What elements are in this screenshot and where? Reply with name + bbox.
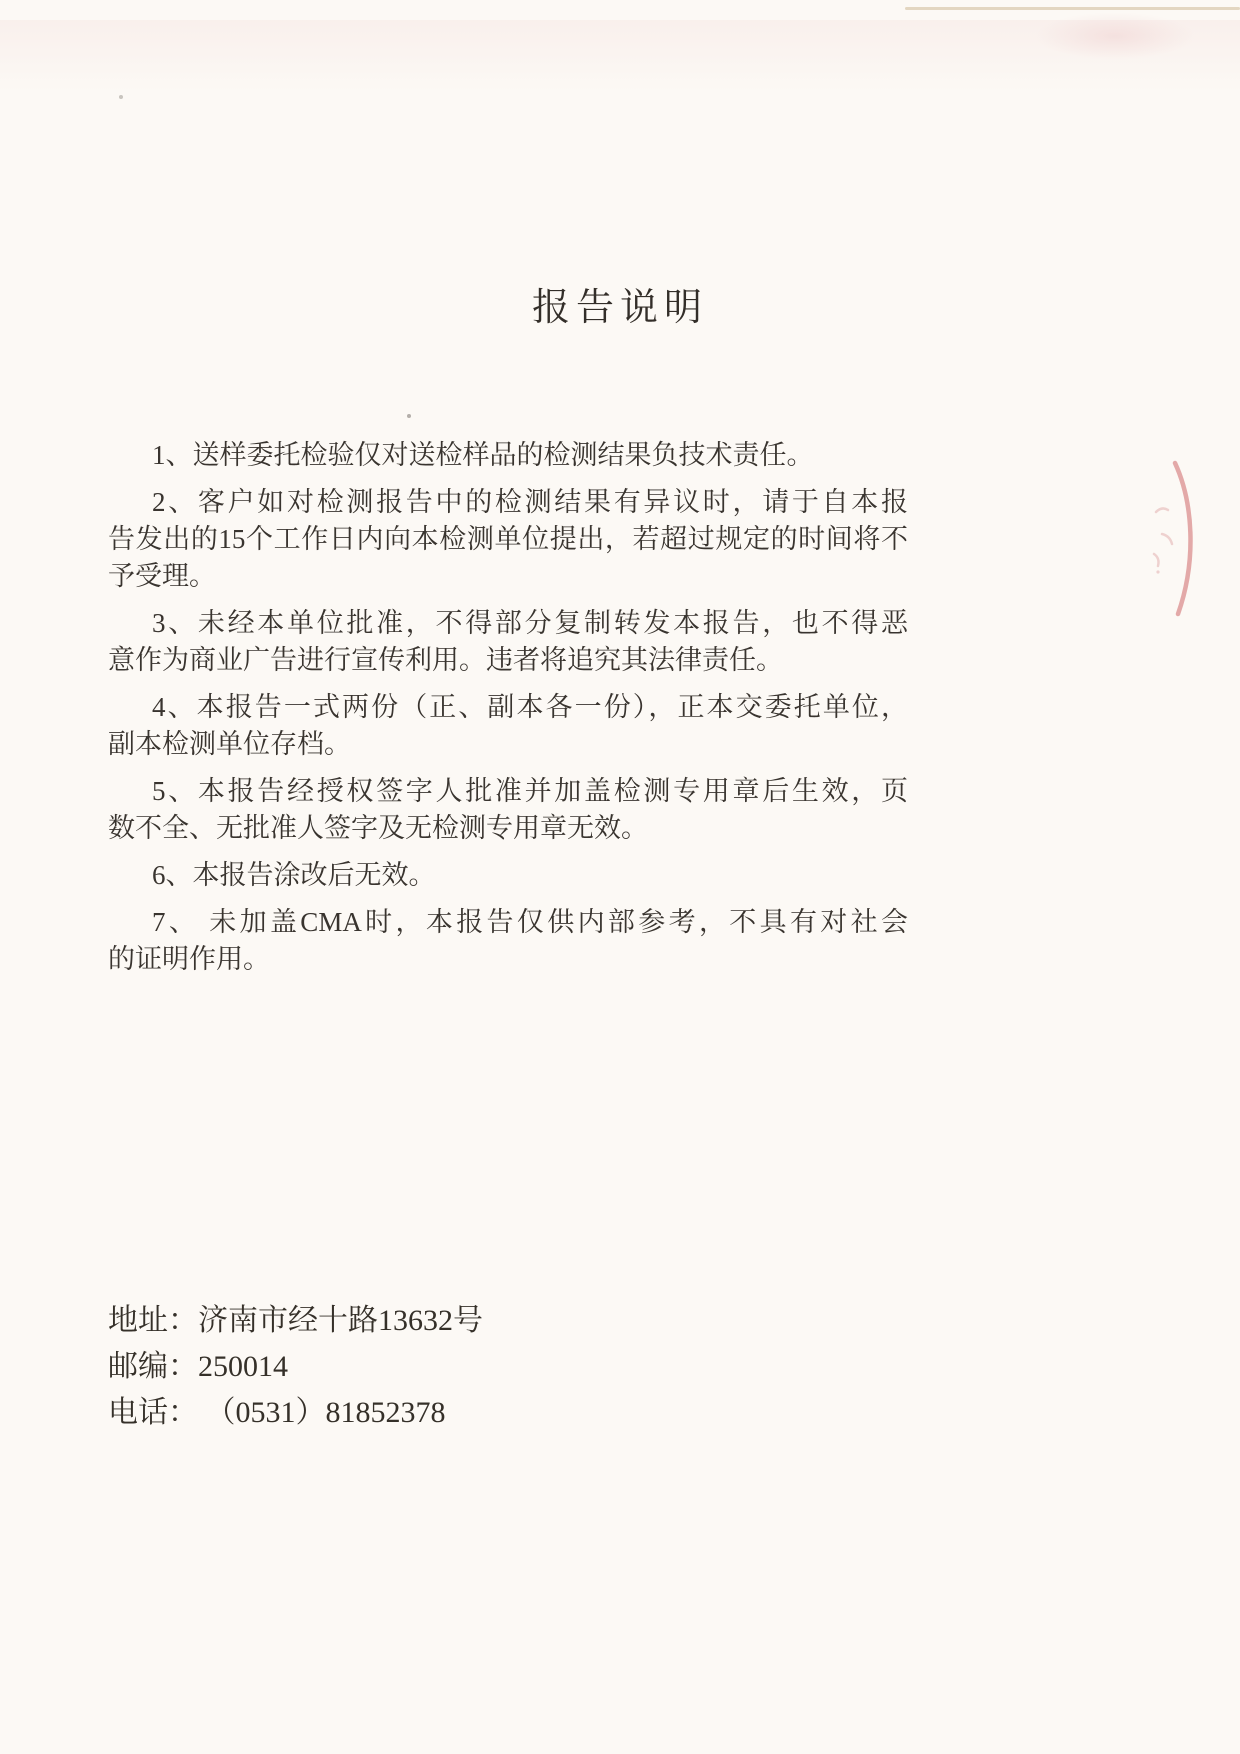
text-line: 4、本报告一式两份（正、副本各一份），正本交委托单位， xyxy=(108,689,908,726)
scan-artifact-blotch xyxy=(1035,12,1195,60)
note-item-6: 6、本报告涂改后无效。 xyxy=(108,857,908,894)
text-line: 数不全、无批准人签字及无检测专用章无效。 xyxy=(108,810,908,847)
text-line: 2、客户如对检测报告中的检测结果有异议时，请于自本报 xyxy=(108,484,908,521)
note-item-5: 5、本报告经授权签字人批准并加盖检测专用章后生效，页 数不全、无批准人签字及无检… xyxy=(108,773,908,847)
scan-speck xyxy=(407,414,411,418)
seal-faint-marks xyxy=(1154,508,1172,573)
address-line: 地址：济南市经十路13632号 xyxy=(108,1298,483,1344)
text-line: 意作为商业广告进行宣传利用。违者将追究其法律责任。 xyxy=(108,642,908,679)
text-line: 1、送样委托检验仅对送检样品的检测结果负技术责任。 xyxy=(108,437,908,474)
report-notes: 1、送样委托检验仅对送检样品的检测结果负技术责任。 2、客户如对检测报告中的检测… xyxy=(108,437,908,988)
contact-footer: 地址：济南市经十路13632号 邮编：250014 电话： （0531）8185… xyxy=(108,1298,483,1436)
note-item-1: 1、送样委托检验仅对送检样品的检测结果负技术责任。 xyxy=(108,437,908,474)
note-item-7: 7、 未加盖CMA时，本报告仅供内部参考，不具有对社会 的证明作用。 xyxy=(108,904,908,978)
seal-rim-arc xyxy=(1175,463,1190,614)
report-page: 报告说明 1、送样委托检验仅对送检样品的检测结果负技术责任。 2、客户如对检测报… xyxy=(0,0,1240,1754)
scan-speck xyxy=(119,95,123,99)
text-line: 予受理。 xyxy=(108,558,908,595)
postal-code-line: 邮编：250014 xyxy=(108,1344,483,1390)
phone-line: 电话： （0531）81852378 xyxy=(108,1390,483,1436)
text-line: 3、未经本单位批准，不得部分复制转发本报告，也不得恶 xyxy=(108,605,908,642)
text-line: 副本检测单位存档。 xyxy=(108,726,908,763)
text-line: 6、本报告涂改后无效。 xyxy=(108,857,908,894)
scan-artifact-line xyxy=(905,7,1240,10)
red-seal-fragment-icon xyxy=(1148,450,1240,628)
page-title: 报告说明 xyxy=(0,276,1240,331)
text-line: 7、 未加盖CMA时，本报告仅供内部参考，不具有对社会 xyxy=(108,904,908,941)
text-line: 的证明作用。 xyxy=(108,941,908,978)
note-item-4: 4、本报告一式两份（正、副本各一份），正本交委托单位， 副本检测单位存档。 xyxy=(108,689,908,763)
text-line: 5、本报告经授权签字人批准并加盖检测专用章后生效，页 xyxy=(108,773,908,810)
text-line: 告发出的15个工作日内向本检测单位提出，若超过规定的时间将不 xyxy=(108,521,908,558)
note-item-2: 2、客户如对检测报告中的检测结果有异议时，请于自本报 告发出的15个工作日内向本… xyxy=(108,484,908,595)
note-item-3: 3、未经本单位批准，不得部分复制转发本报告，也不得恶 意作为商业广告进行宣传利用… xyxy=(108,605,908,679)
